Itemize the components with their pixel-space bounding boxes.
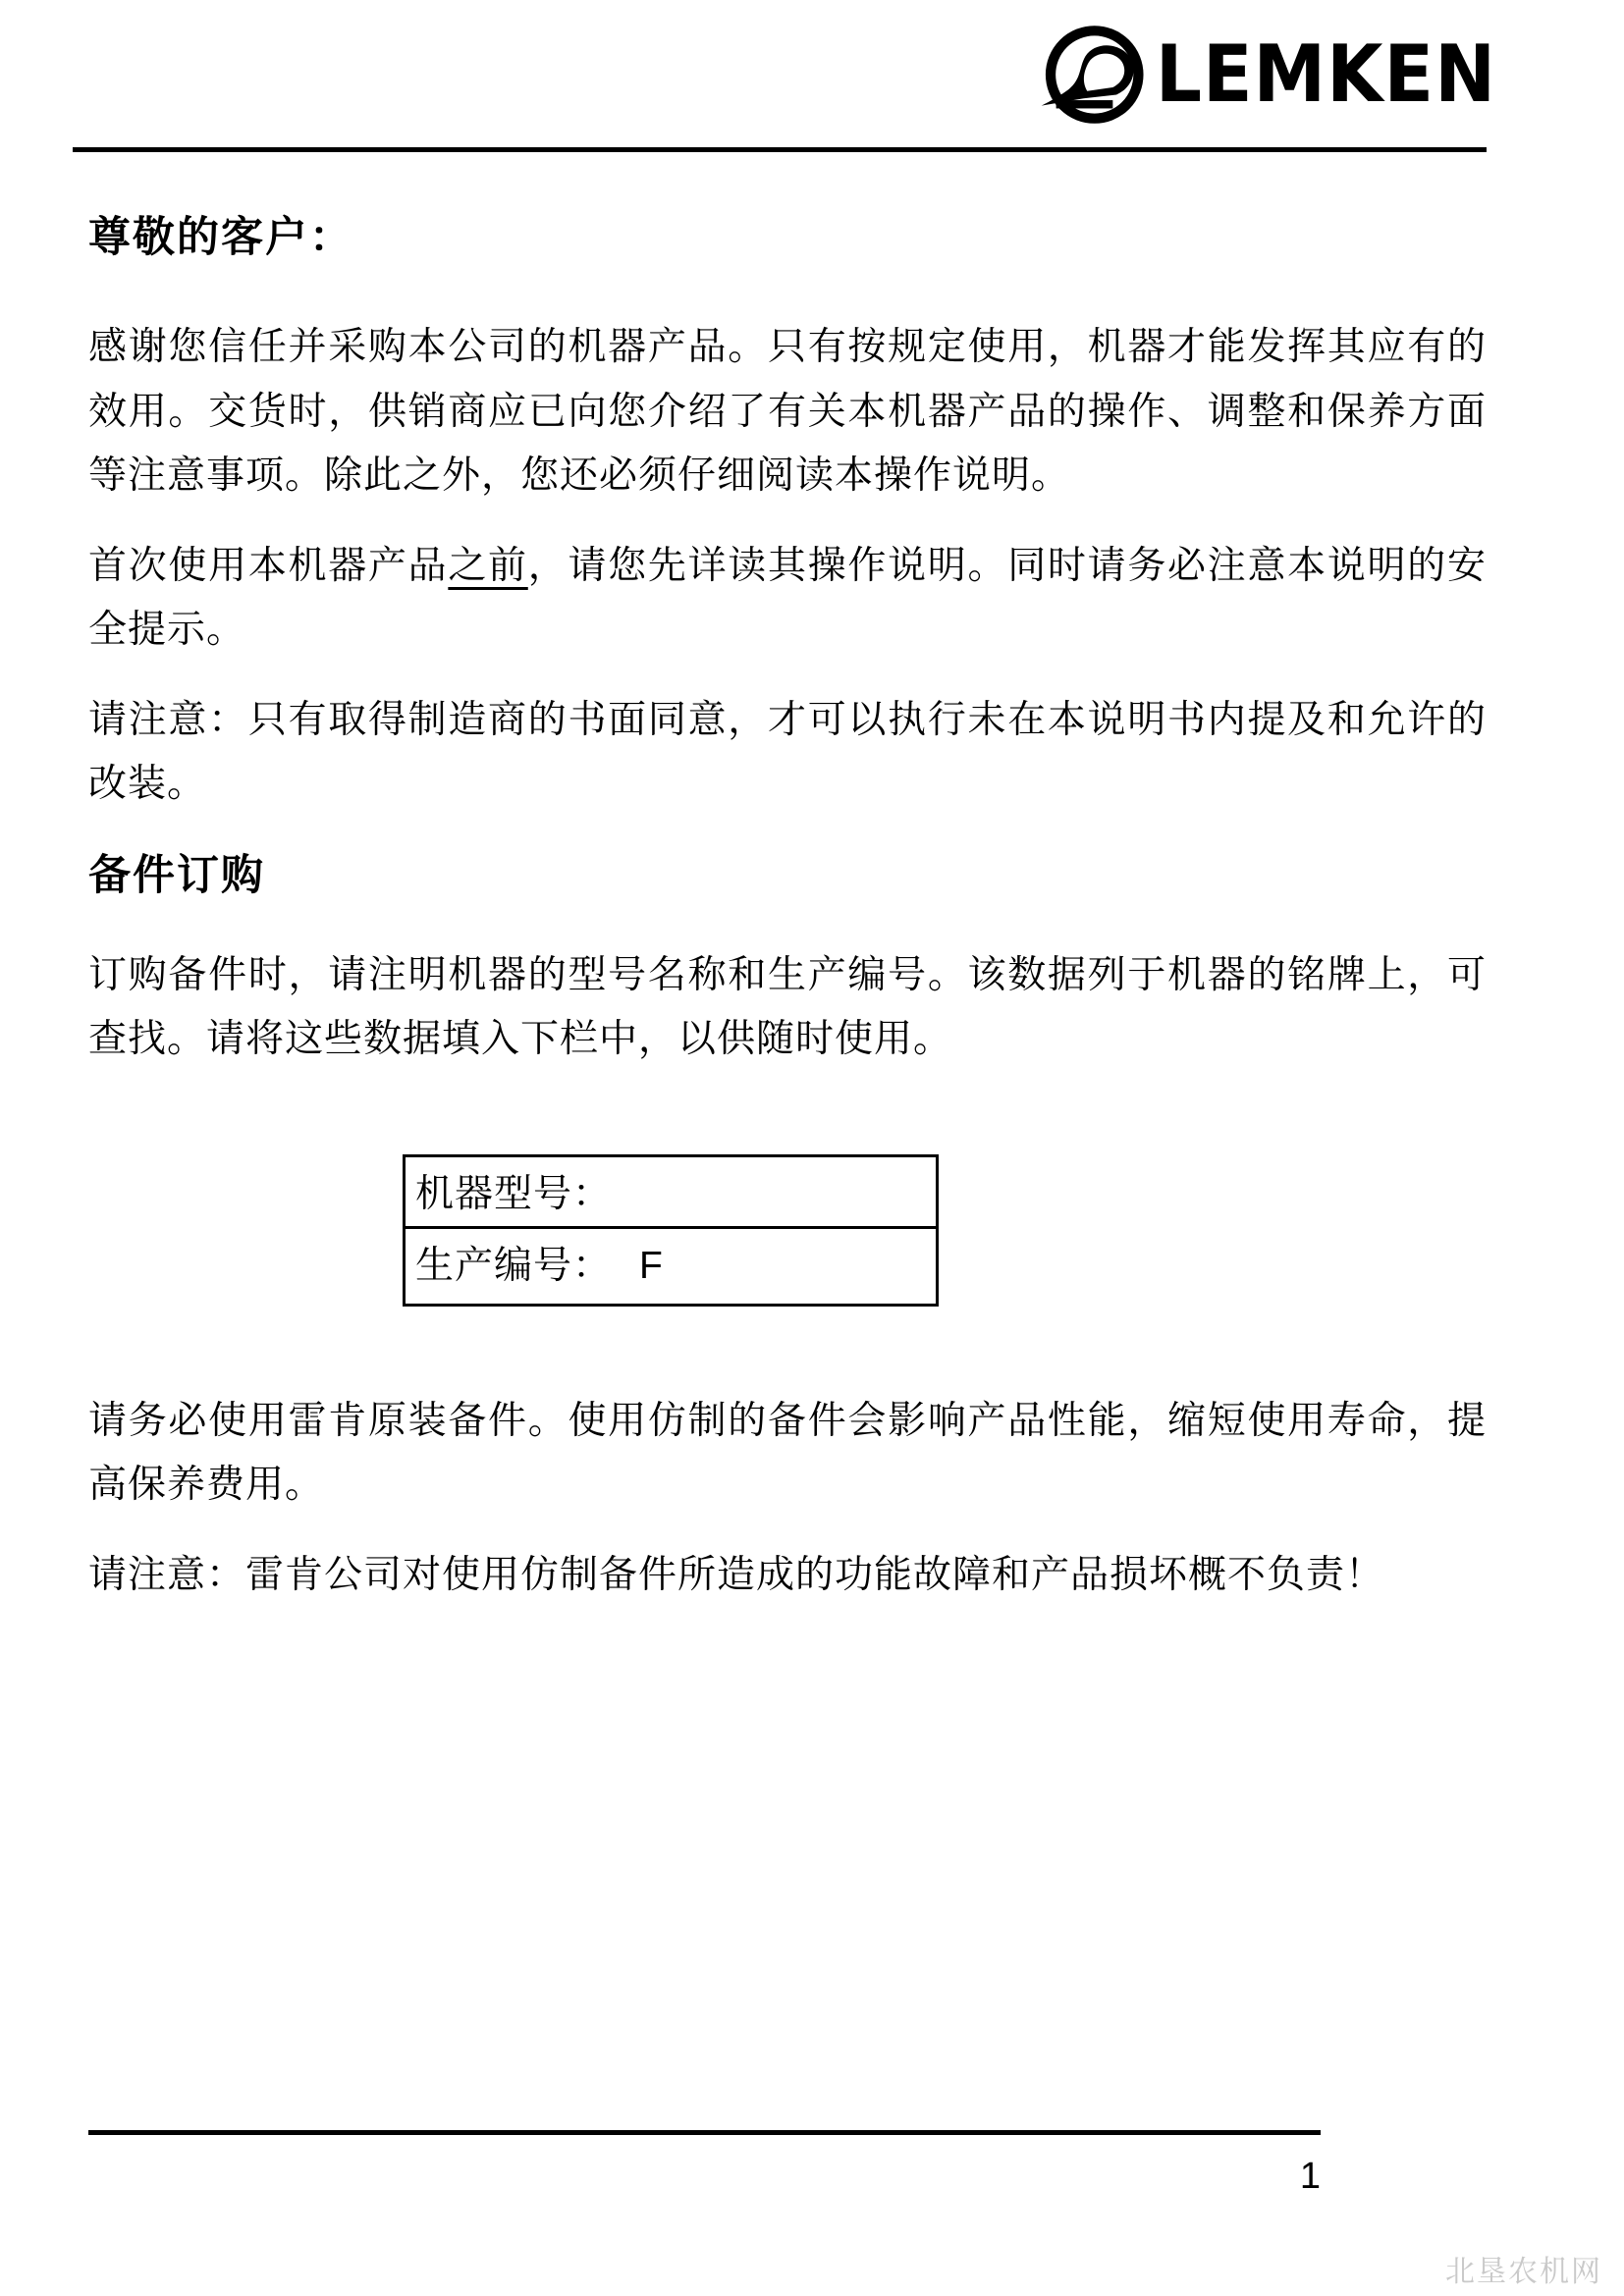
paragraph-modification-notice: 请注意：只有取得制造商的书面同意，才可以执行未在本说明书内提及和允许的改装。 [88, 688, 1487, 817]
serial-number-label: 生产编号： [415, 1245, 612, 1287]
machine-type-label: 机器型号： [415, 1173, 612, 1215]
machine-data-table: 机器型号： 生产编号：F [403, 1154, 939, 1307]
section-heading-spare-parts: 备件订购 [88, 842, 1487, 902]
lemken-plowshare-icon [1036, 22, 1146, 128]
paragraph-first-use-start: 首次使用本机器产品 [88, 545, 448, 587]
serial-number-value: F [639, 1245, 664, 1287]
header-divider [73, 147, 1487, 152]
manual-page: LEMKEN 尊敬的客户： 感谢您信任并采购本公司的机器产品。只有按规定使用，机… [0, 0, 1624, 2296]
greeting-heading: 尊敬的客户： [88, 204, 1487, 264]
paragraph-intro: 感谢您信任并采购本公司的机器产品。只有按规定使用，机器才能发挥其应有的效用。交货… [88, 315, 1487, 508]
paragraph-ordering: 订购备件时，请注明机器的型号名称和生产编号。该数据列于机器的铭牌上，可查找。请将… [88, 943, 1487, 1072]
underlined-phrase: 之前 [448, 545, 527, 587]
brand-wordmark: LEMKEN [1156, 35, 1496, 114]
page-content: 尊敬的客户： 感谢您信任并采购本公司的机器产品。只有按规定使用，机器才能发挥其应… [88, 204, 1487, 1607]
footer-divider [88, 2130, 1321, 2135]
brand-header: LEMKEN [1036, 22, 1496, 128]
paragraph-original-parts: 请务必使用雷肯原装备件。使用仿制的备件会影响产品性能，缩短使用寿命，提高保养费用… [88, 1389, 1487, 1518]
paragraph-first-use: 首次使用本机器产品之前，请您先详读其操作说明。同时请务必注意本说明的安全提示。 [88, 534, 1487, 663]
machine-type-row: 机器型号： [406, 1157, 936, 1226]
page-number: 1 [88, 2156, 1321, 2198]
watermark-text: 北垦农机网 [1445, 2247, 1602, 2290]
paragraph-liability-notice: 请注意：雷肯公司对使用仿制备件所造成的功能故障和产品损坏概不负责！ [88, 1543, 1487, 1608]
serial-number-row: 生产编号：F [406, 1226, 936, 1304]
